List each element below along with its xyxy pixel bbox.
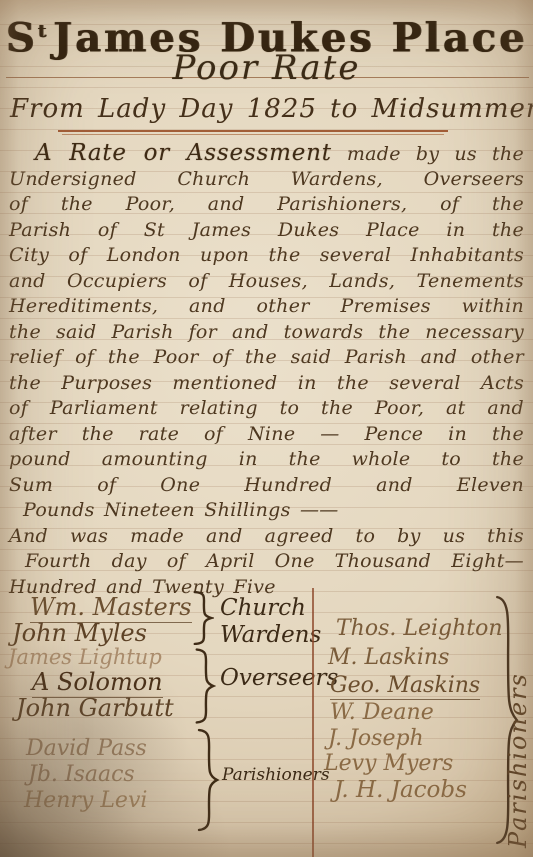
signature-john-garbutt: John Garbutt <box>16 694 174 722</box>
rate-period: From Lady Day 1825 to Midsummer 1825 <box>0 94 533 124</box>
body-line: A Rate or Assessment made by us the <box>9 141 524 167</box>
signature-geo-maskins: Geo. Maskins <box>330 673 480 700</box>
heading-rule-bottom <box>62 134 444 135</box>
column-rule <box>312 588 314 857</box>
body-line: Fourth day of April One Thousand Eight— <box>9 549 524 575</box>
body-line: of the Poor, and Parishioners, of the <box>9 192 524 218</box>
body-line: City of London upon the several Inhabita… <box>9 243 524 269</box>
signature-m-laskins: M. Laskins <box>328 645 449 670</box>
overseers-brace-icon <box>194 648 216 724</box>
signature-john-myles: John Myles <box>12 619 147 647</box>
body-line: Hereditiments, and other Premises within <box>9 294 524 320</box>
church-wardens-brace-icon <box>192 591 214 645</box>
body-line: after the rate of Nine — Pence in the <box>9 422 524 448</box>
body-line: Parish of St James Dukes Place in the <box>9 218 524 244</box>
signature-jb-isaacs: Jb. Isaacs <box>28 762 135 787</box>
body-line: of Parliament relating to the Poor, at a… <box>9 396 524 422</box>
body-line-text: made by us the <box>347 143 524 165</box>
manuscript-page: StJames Dukes Place Poor Rate From Lady … <box>0 0 533 857</box>
page-content: StJames Dukes Place Poor Rate From Lady … <box>0 0 533 857</box>
signature-thos-leighton: Thos. Leighton <box>336 616 503 641</box>
signature-w-deane: W. Deane <box>330 700 434 725</box>
body-line: And was made and agreed to by us this <box>9 524 524 550</box>
body-line: pound amounting in the whole to the <box>9 447 524 473</box>
body-line: the said Parish for and towards the nece… <box>9 320 524 346</box>
signature-j-joseph: J. Joseph <box>328 726 424 751</box>
body-line: Sum of One Hundred and Eleven <box>9 473 524 499</box>
signature-jh-jacobs: J. H. Jacobs <box>334 777 467 803</box>
parishioners-brace-icon <box>196 728 220 832</box>
signature-david-pass: David Pass <box>26 736 147 761</box>
heading-rule-top <box>58 130 448 132</box>
assessment-text: A Rate or Assessment made by us the Unde… <box>9 141 524 600</box>
section-title: Poor Rate <box>0 48 533 88</box>
body-line: the Purposes mentioned in the several Ac… <box>9 371 524 397</box>
signature-james-lightup: James Lightup <box>8 645 162 669</box>
title-superscript: t <box>38 21 47 42</box>
signature-henry-levi: Henry Levi <box>24 788 147 813</box>
body-line: relief of the Poor of the said Parish an… <box>9 345 524 371</box>
signature-levy-myers: Levy Myers <box>324 751 453 776</box>
body-line: Pounds Nineteen Shillings —— <box>9 498 524 524</box>
role-church-wardens: Church Wardens <box>220 595 324 649</box>
assessment-lead: A Rate or Assessment <box>35 140 332 166</box>
role-overseers: Overseers <box>220 665 338 692</box>
body-line: Undersigned Church Wardens, Overseers <box>9 167 524 193</box>
body-line: and Occupiers of Houses, Lands, Tenement… <box>9 269 524 295</box>
parishioners-vertical-label: Parishioners <box>504 672 532 848</box>
